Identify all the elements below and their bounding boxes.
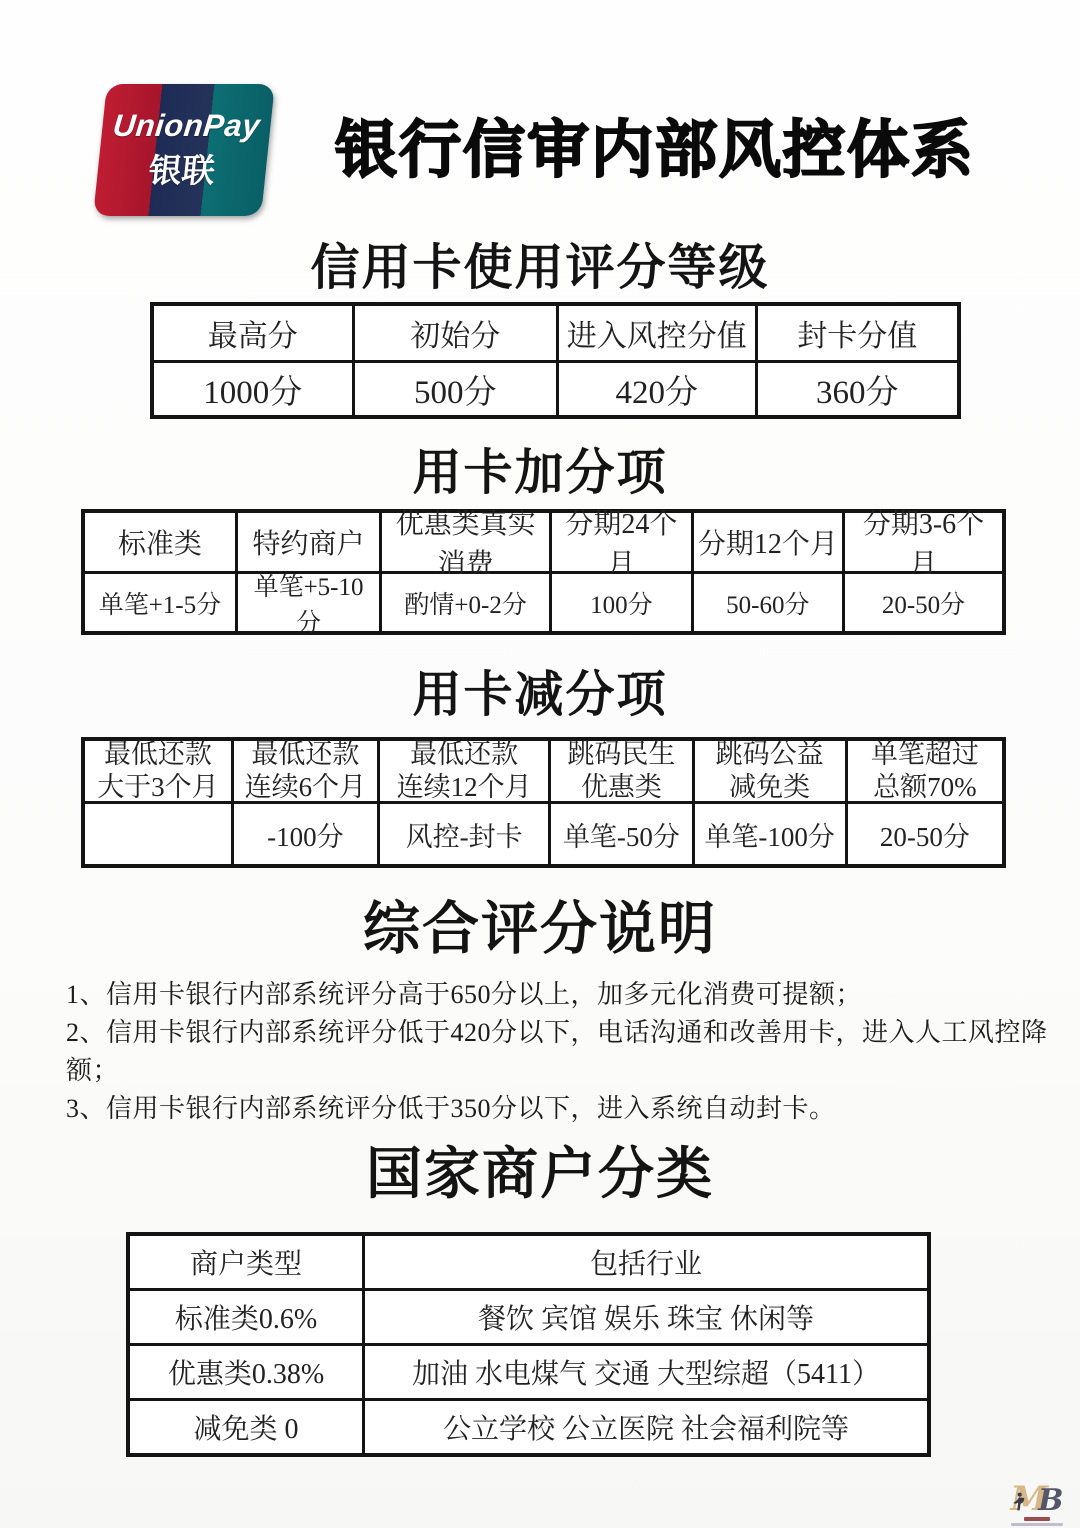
dancer-icon	[1012, 1492, 1026, 1512]
merchant-table-type-cell: 优惠类0.38%	[130, 1346, 362, 1398]
penalty-table: 最低还款 大于3个月 最低还款 连续6个月 最低还款 连续12个月 跳码民生 优…	[81, 737, 1006, 868]
penalty-table-header-cell: 单笔超过 总额70%	[848, 741, 1002, 801]
penalty-table-value-cell: 单笔-100分	[695, 804, 845, 864]
watermark-caption-line	[1024, 1517, 1050, 1521]
bonus-table-header-cell: 分期12个月	[694, 513, 842, 571]
document-header: UnionPay 银联 银行信审内部风控体系	[0, 0, 1080, 216]
merchant-table: 商户类型 包括行业 标准类0.6% 餐饮 宾馆 娱乐 珠宝 休闲等 优惠类0.3…	[126, 1232, 931, 1457]
score-table-header-cell: 进入风控分值	[559, 306, 755, 360]
bonus-table-value-cell: 100分	[552, 574, 691, 631]
summary-item: 2、信用卡银行内部系统评分低于420分以下，电话沟通和改善用卡，进入人工风控降额…	[66, 1014, 1050, 1090]
unionpay-logo: UnionPay 银联	[93, 84, 275, 216]
score-table-header-cell: 初始分	[355, 306, 556, 360]
watermark-letter-b: B	[1038, 1483, 1063, 1518]
penalty-table-header-cell: 跳码公益 减免类	[695, 741, 845, 801]
merchant-table-type-cell: 减免类 0	[130, 1401, 362, 1453]
merchant-table-industries-cell: 餐饮 宾馆 娱乐 珠宝 休闲等	[365, 1291, 927, 1343]
section-title-merchant: 国家商户分类	[0, 1144, 1080, 1206]
penalty-table-value-cell: 20-50分	[848, 804, 1002, 864]
bonus-table-value-cell: 单笔+5-10分	[238, 574, 379, 631]
bonus-table-header-cell: 特约商户	[238, 513, 379, 571]
penalty-table-header-cell: 最低还款 连续6个月	[234, 741, 377, 801]
score-table-value-cell: 500分	[355, 363, 556, 415]
penalty-table-value-cell: 风控-封卡	[380, 804, 548, 864]
watermark: MB	[1002, 1482, 1072, 1526]
unionpay-logo-text-cn: 银联	[147, 145, 218, 192]
score-table-value-cell: 420分	[559, 363, 755, 415]
bonus-table-value-cell: 20-50分	[845, 574, 1002, 631]
summary-item: 1、信用卡银行内部系统评分高于650分以上，加多元化消费可提额；	[66, 976, 1050, 1014]
penalty-table-value-cell	[85, 804, 231, 864]
penalty-table-header-cell: 跳码民生 优惠类	[551, 741, 691, 801]
bonus-table-header-cell: 优惠类真实消费	[382, 513, 549, 571]
score-table-header-cell: 最高分	[154, 306, 352, 360]
unionpay-logo-text-en: UnionPay	[111, 108, 262, 144]
bonus-table-value-cell: 酌情+0-2分	[382, 574, 549, 631]
bonus-table-header-cell: 分期3-6个月	[845, 513, 1002, 571]
merchant-table-header-cell: 包括行业	[365, 1236, 927, 1288]
summary-list: 1、信用卡银行内部系统评分高于650分以上，加多元化消费可提额； 2、信用卡银行…	[66, 976, 1050, 1128]
bonus-table-header-cell: 分期24个月	[552, 513, 691, 571]
bonus-table-value-cell: 50-60分	[694, 574, 842, 631]
score-table-value-cell: 360分	[758, 363, 957, 415]
page-title: 银行信审内部风控体系	[280, 116, 1030, 184]
merchant-table-header-cell: 商户类型	[130, 1236, 362, 1288]
merchant-table-industries-cell: 加油 水电煤气 交通 大型综超（5411）	[365, 1346, 927, 1398]
merchant-table-type-cell: 标准类0.6%	[130, 1291, 362, 1343]
section-title-penalty: 用卡减分项	[0, 667, 1080, 723]
penalty-table-value-cell: 单笔-50分	[551, 804, 691, 864]
bonus-table: 标准类 特约商户 优惠类真实消费 分期24个月 分期12个月 分期3-6个月 单…	[81, 509, 1006, 635]
penalty-table-header-cell: 最低还款 连续12个月	[380, 741, 548, 801]
score-table-value-cell: 1000分	[154, 363, 352, 415]
section-title-summary: 综合评分说明	[0, 898, 1080, 962]
section-title-score-levels: 信用卡使用评分等级	[0, 240, 1080, 296]
bonus-table-header-cell: 标准类	[85, 513, 235, 571]
summary-item: 3、信用卡银行内部系统评分低于350分以下，进入系统自动封卡。	[66, 1090, 1050, 1128]
document-page: UnionPay 银联 银行信审内部风控体系 信用卡使用评分等级 最高分 初始分…	[0, 0, 1080, 1528]
section-title-bonus: 用卡加分项	[0, 445, 1080, 501]
bonus-table-value-cell: 单笔+1-5分	[85, 574, 235, 631]
watermark-caption-line	[1011, 1523, 1063, 1526]
penalty-table-header-cell: 最低还款 大于3个月	[85, 741, 231, 801]
merchant-table-industries-cell: 公立学校 公立医院 社会福利院等	[365, 1401, 927, 1453]
penalty-table-value-cell: -100分	[234, 804, 377, 864]
score-levels-table: 最高分 初始分 进入风控分值 封卡分值 1000分 500分 420分 360分	[150, 302, 961, 419]
score-table-header-cell: 封卡分值	[758, 306, 957, 360]
